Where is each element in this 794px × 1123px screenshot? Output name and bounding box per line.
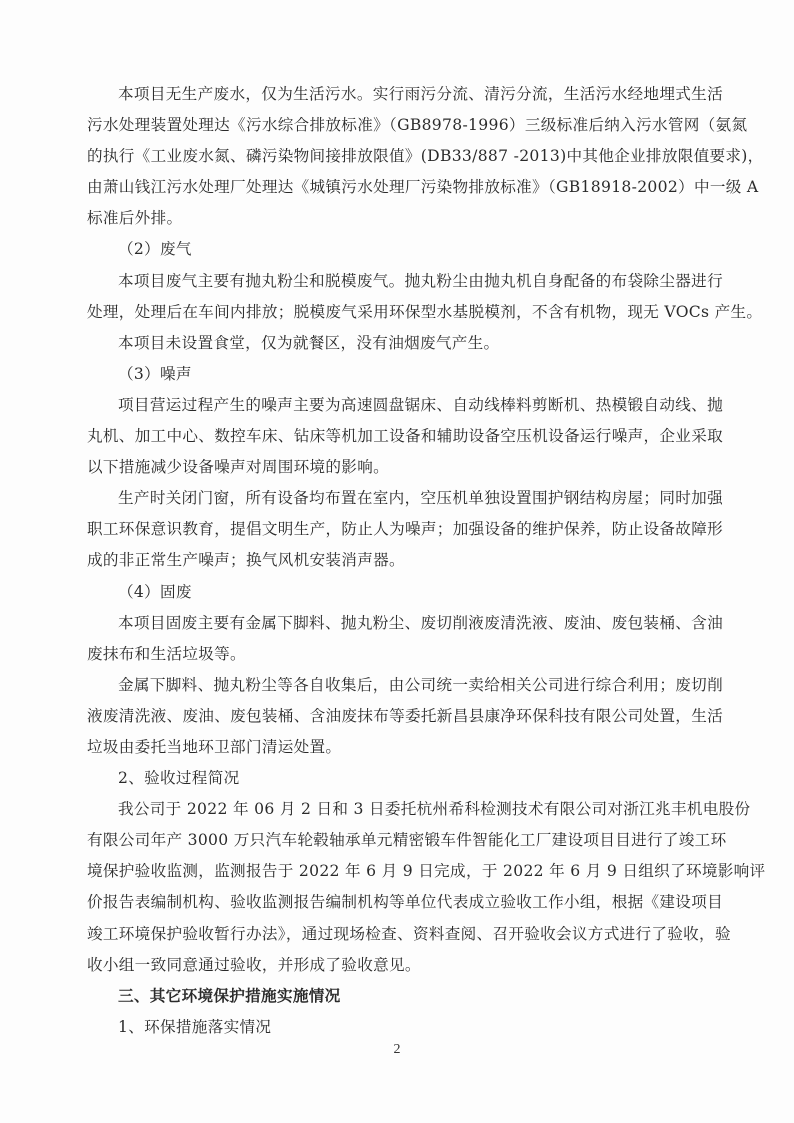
text-line: 本项目无生产废水，仅为生活污水。实行雨污分流、清污分流，生活污水经地埋式生活 <box>87 79 723 110</box>
text-line: 项目营运过程产生的噪声主要为高速圆盘锯床、自动线棒料剪断机、热模锻自动线、抛 <box>87 390 723 421</box>
text-line: 标准后外排。 <box>87 203 723 234</box>
waste-gas-heading: （2）废气 <box>87 234 723 265</box>
noise-paragraph-2: 生产时关闭门窗，所有设备均布置在室内，空压机单独设置围护钢结构房屋；同时加强 职… <box>87 483 723 576</box>
section-three-heading: 三、其它环境保护措施实施情况 <box>87 981 723 1012</box>
waste-gas-paragraph-2: 本项目未设置食堂，仅为就餐区，没有油烟废气产生。 <box>87 328 723 359</box>
text-line: 生产时关闭门窗，所有设备均布置在室内，空压机单独设置围护钢结构房屋；同时加强 <box>87 483 723 514</box>
noise-heading: （3）噪声 <box>87 359 723 390</box>
solid-waste-heading: （4）固废 <box>87 577 723 608</box>
text-line: 垃圾由委托当地环卫部门清运处置。 <box>87 732 723 763</box>
solid-waste-paragraph-1: 本项目固废主要有金属下脚料、抛丸粉尘、废切削液废清洗液、废油、废包装桶、含油 废… <box>87 608 723 670</box>
wastewater-paragraph: 本项目无生产废水，仅为生活污水。实行雨污分流、清污分流，生活污水经地埋式生活 污… <box>87 79 723 234</box>
document-body: 本项目无生产废水，仅为生活污水。实行雨污分流、清污分流，生活污水经地埋式生活 污… <box>87 79 723 1043</box>
text-line: 的执行《工业废水氮、磷污染物间接排放限值》(DB33/887 -2013)中其他… <box>87 141 723 172</box>
text-line: 金属下脚料、抛丸粉尘等各自收集后，由公司统一卖给相关公司进行综合利用；废切削 <box>87 670 723 701</box>
text-line: 价报告表编制机构、验收监测报告编制机构等单位代表成立验收工作小组，根据《建设项目 <box>87 887 723 918</box>
text-line: 由萧山钱江污水处理厂处理达《城镇污水处理厂污染物排放标准》（GB18918-20… <box>87 172 723 203</box>
text-line: 有限公司年产 3000 万只汽车轮毂轴承单元精密锻车件智能化工厂建设项目目进行了… <box>87 825 723 856</box>
solid-waste-paragraph-2: 金属下脚料、抛丸粉尘等各自收集后，由公司统一卖给相关公司进行综合利用；废切削 液… <box>87 670 723 763</box>
text-line: 我公司于 2022 年 06 月 2 日和 3 日委托杭州希科检测技术有限公司对… <box>87 794 723 825</box>
text-line: 处理，处理后在车间内排放；脱模废气采用环保型水基脱模剂，不含有机物，现无 VOC… <box>87 297 723 328</box>
text-line: 污水处理装置处理达《污水综合排放标准》（GB8978-1996）三级标准后纳入污… <box>87 110 723 141</box>
document-page: 本项目无生产废水，仅为生活污水。实行雨污分流、清污分流，生活污水经地埋式生活 污… <box>0 0 794 1123</box>
text-line: 境保护验收监测，监测报告于 2022 年 6 月 9 日完成，于 2022 年 … <box>87 856 723 887</box>
text-line: 收小组一致同意通过验收，并形成了验收意见。 <box>87 950 723 981</box>
text-line: 丸机、加工中心、数控车床、钻床等机加工设备和辅助设备空压机设备运行噪声，企业采取 <box>87 421 723 452</box>
text-line: 液废清洗液、废油、废包装桶、含油废抹布等委托新昌县康净环保科技有限公司处置，生活 <box>87 701 723 732</box>
text-line: 成的非正常生产噪声；换气风机安装消声器。 <box>87 545 723 576</box>
measures-heading: 1、环保措施落实情况 <box>87 1012 723 1043</box>
text-line: 竣工环境保护验收暂行办法》，通过现场检查、资料查阅、召开验收会议方式进行了验收，… <box>87 919 723 950</box>
text-line: 本项目固废主要有金属下脚料、抛丸粉尘、废切削液废清洗液、废油、废包装桶、含油 <box>87 608 723 639</box>
acceptance-process-heading: 2、验收过程简况 <box>87 763 723 794</box>
text-line: 本项目未设置食堂，仅为就餐区，没有油烟废气产生。 <box>87 328 723 359</box>
text-line: 以下措施减少设备噪声对周围环境的影响。 <box>87 452 723 483</box>
waste-gas-paragraph-1: 本项目废气主要有抛丸粉尘和脱模废气。抛丸粉尘由抛丸机自身配备的布袋除尘器进行 处… <box>87 266 723 328</box>
page-number: 2 <box>0 1042 794 1058</box>
acceptance-process-paragraph: 我公司于 2022 年 06 月 2 日和 3 日委托杭州希科检测技术有限公司对… <box>87 794 723 981</box>
text-line: 本项目废气主要有抛丸粉尘和脱模废气。抛丸粉尘由抛丸机自身配备的布袋除尘器进行 <box>87 266 723 297</box>
text-line: 废抹布和生活垃圾等。 <box>87 639 723 670</box>
text-line: 职工环保意识教育，提倡文明生产，防止人为噪声；加强设备的维护保养，防止设备故障形 <box>87 514 723 545</box>
noise-paragraph-1: 项目营运过程产生的噪声主要为高速圆盘锯床、自动线棒料剪断机、热模锻自动线、抛 丸… <box>87 390 723 483</box>
